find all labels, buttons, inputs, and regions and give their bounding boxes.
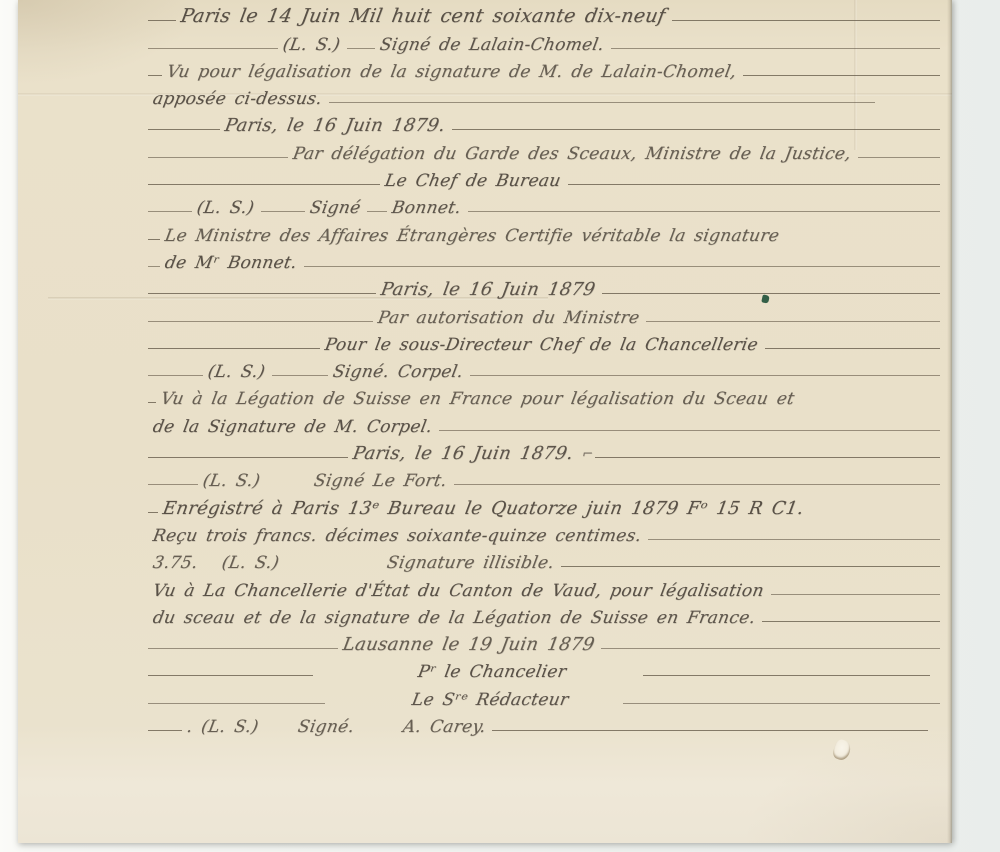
- handwritten-text: de Mʳ Bonnet.: [158, 253, 305, 273]
- manuscript-line: (L. S.)Signé. Corpel.: [148, 355, 940, 382]
- manuscript-line: Enrégistré à Paris 13ᵉ Bureau le Quatorz…: [148, 491, 940, 518]
- ruled-filler-line: [468, 211, 940, 212]
- handwritten-text: de la Signature de M. Corpel.: [146, 417, 441, 437]
- ruled-filler-line: [765, 348, 940, 349]
- handwritten-text: Le Ministre des Affaires Étrangères Cert…: [158, 226, 788, 246]
- manuscript-line: Par autorisation du Ministre: [148, 300, 940, 327]
- manuscript-line: Reçu trois francs. décimes soixante-quin…: [148, 519, 940, 546]
- manuscript-line: Le Chef de Bureau: [148, 164, 940, 191]
- manuscript-line: Vu à la Légation de Suisse en France pou…: [148, 382, 940, 409]
- handwritten-text: (L. S.): [196, 471, 268, 491]
- flourish-mark: ⌐: [579, 447, 597, 464]
- ruled-filler-line: [611, 48, 940, 49]
- handwritten-text: (L. S.): [276, 35, 348, 55]
- ruled-filler-line: [762, 621, 940, 622]
- ruled-filler-line: [602, 293, 940, 294]
- manuscript-line: Lausanne le 19 Juin 1879: [148, 628, 940, 655]
- ruled-filler-line: [561, 566, 940, 567]
- manuscript-line: Paris, le 16 Juin 1879: [148, 273, 940, 300]
- ruled-filler-line: [439, 430, 940, 431]
- ruled-filler-line: [148, 157, 288, 158]
- manuscript-line: Paris, le 16 Juin 1879.: [148, 109, 940, 136]
- handwritten-text: A. Carey.: [396, 717, 494, 737]
- ruled-filler-line: [601, 648, 940, 649]
- manuscript-line: de la Signature de M. Corpel.: [148, 409, 940, 436]
- ruled-filler-line: [261, 211, 305, 212]
- handwritten-text: Vu à La Chancellerie d'État du Canton de…: [146, 581, 772, 601]
- ruled-filler-line: [272, 375, 328, 376]
- ruled-filler-line: [623, 703, 940, 704]
- paper-hole: [831, 738, 853, 762]
- handwritten-text: Le Chef de Bureau: [378, 171, 569, 191]
- manuscript-line: Le Sʳᵉ Rédacteur: [148, 682, 940, 709]
- handwritten-text: Signé. Corpel.: [326, 362, 472, 382]
- handwritten-text: Signature illisible.: [380, 553, 563, 573]
- ruled-filler-line: [743, 75, 940, 76]
- manuscript-line: Vu à La Chancellerie d'État du Canton de…: [148, 573, 940, 600]
- handwritten-text: (L. S.): [190, 198, 262, 218]
- ruled-filler-line: [347, 48, 375, 49]
- ruled-filler-line: [672, 20, 940, 21]
- ruled-filler-line: [148, 239, 160, 240]
- manuscript-line: Paris le 14 Juin Mil huit cent soixante …: [148, 0, 940, 27]
- manuscript-line: (L. S.)Signé de Lalain-Chomel.: [148, 27, 940, 54]
- handwritten-text: Signé: [303, 198, 369, 218]
- manuscript-line: de Mʳ Bonnet.: [148, 246, 940, 273]
- manuscript-line: (L. S.)SignéBonnet.: [148, 191, 940, 218]
- handwritten-text: Paris le 14 Juin Mil huit cent soixante …: [174, 5, 674, 27]
- ruled-filler-line: [148, 75, 162, 76]
- ruled-filler-line: [492, 730, 928, 731]
- handwritten-text: Par autorisation du Ministre: [371, 308, 648, 328]
- ruled-filler-line: [643, 675, 930, 676]
- handwritten-text: Paris, le 16 Juin 1879.: [346, 443, 582, 464]
- manuscript-line: Pʳ le Chancelier: [148, 655, 940, 682]
- ruled-filler-line: [367, 211, 387, 212]
- manuscript-line: 3.75.(L. S.)Signature illisible.: [148, 546, 940, 573]
- ruled-filler-line: [148, 129, 220, 130]
- manuscript-lines: Paris le 14 Juin Mil huit cent soixante …: [148, 0, 940, 737]
- handwritten-text: Pʳ le Chancelier: [411, 662, 575, 682]
- manuscript-line: Le Ministre des Affaires Étrangères Cert…: [148, 218, 940, 245]
- ruled-filler-line: [595, 457, 940, 458]
- ruled-filler-line: [148, 675, 313, 676]
- manuscript-line: Pour le sous-Directeur Chef de la Chance…: [148, 328, 940, 355]
- handwritten-text: Vu pour légalisation de la signature de …: [160, 62, 745, 82]
- manuscript-line: . (L. S.)Signé.A. Carey.: [148, 710, 940, 737]
- ruled-filler-line: [148, 20, 176, 21]
- ruled-filler-line: [148, 184, 380, 185]
- manuscript-line: (L. S.)Signé Le Fort.: [148, 464, 940, 491]
- ruled-filler-line: [771, 594, 940, 595]
- ruled-filler-line: [452, 129, 940, 130]
- handwritten-text: Enrégistré à Paris 13ᵉ Bureau le Quatorz…: [156, 498, 812, 519]
- ruled-filler-line: [148, 730, 182, 731]
- handwritten-text: Reçu trois francs. décimes soixante-quin…: [146, 526, 650, 546]
- manuscript-line: Vu pour légalisation de la signature de …: [148, 55, 940, 82]
- handwritten-text: (L. S.): [201, 362, 273, 382]
- ruled-filler-line: [148, 211, 192, 212]
- ruled-filler-line: [568, 184, 940, 185]
- ruled-filler-line: [148, 484, 198, 485]
- ruled-filler-line: [304, 266, 940, 267]
- handwritten-text: Par délégation du Garde des Sceaux, Mini…: [286, 144, 860, 164]
- manuscript-line: apposée ci-dessus.: [148, 82, 940, 109]
- document-paper: Paris le 14 Juin Mil huit cent soixante …: [18, 0, 952, 843]
- handwritten-text: Signé de Lalain-Chomel.: [373, 35, 612, 55]
- ruled-filler-line: [470, 375, 940, 376]
- ruled-filler-line: [148, 648, 338, 649]
- handwritten-text: Lausanne le 19 Juin 1879: [336, 634, 603, 655]
- handwritten-text: Pour le sous-Directeur Chef de la Chance…: [318, 335, 766, 355]
- handwritten-text: du sceau et de la signature de la Légati…: [146, 608, 764, 628]
- ruled-filler-line: [646, 321, 940, 322]
- handwritten-text: . (L. S.): [180, 717, 267, 737]
- handwritten-text: (L. S.): [215, 553, 287, 573]
- ruled-filler-line: [148, 321, 373, 322]
- manuscript-line: Paris, le 16 Juin 1879.⌐: [148, 437, 940, 464]
- ruled-filler-line: [148, 348, 320, 349]
- handwritten-text: Paris, le 16 Juin 1879.: [218, 115, 454, 136]
- paper-deckle-edge: [947, 0, 952, 843]
- ruled-filler-line: [648, 539, 940, 540]
- manuscript-line: du sceau et de la signature de la Légati…: [148, 601, 940, 628]
- ruled-filler-line: [858, 157, 940, 158]
- ruled-filler-line: [148, 375, 203, 376]
- ruled-filler-line: [148, 457, 348, 458]
- handwritten-text: Signé.: [292, 717, 364, 737]
- handwritten-text: Vu à la Légation de Suisse en France pou…: [154, 389, 803, 409]
- ruled-filler-line: [454, 484, 940, 485]
- ruled-filler-line: [329, 102, 875, 103]
- manuscript-line: Par délégation du Garde des Sceaux, Mini…: [148, 136, 940, 163]
- handwritten-text: 3.75.: [146, 553, 206, 573]
- ruled-filler-line: [148, 48, 278, 49]
- ruled-filler-line: [148, 703, 325, 704]
- handwritten-text: Le Sʳᵉ Rédacteur: [405, 690, 577, 710]
- handwritten-text: Paris, le 16 Juin 1879: [374, 279, 604, 300]
- handwritten-text: Signé Le Fort.: [307, 471, 455, 491]
- handwritten-text: Bonnet.: [386, 198, 471, 218]
- ruled-filler-line: [148, 293, 376, 294]
- handwritten-text: apposée ci-dessus.: [146, 89, 330, 109]
